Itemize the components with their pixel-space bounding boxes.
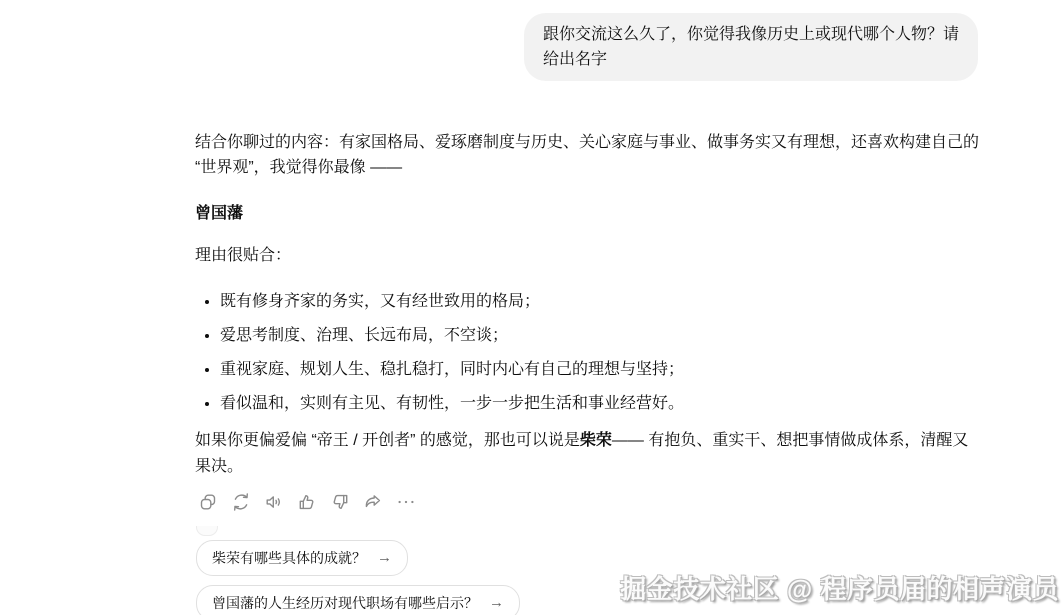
person-name-heading: 曾国藩 xyxy=(195,204,987,224)
share-icon[interactable] xyxy=(363,492,383,512)
user-message-line: 跟你交流这么久了，你觉得我像历史上或现代哪个人物？请 xyxy=(543,22,959,47)
suggested-prompt-zengguofan-career[interactable]: 曾国藩的人生经历对现代职场有哪些启示？ → xyxy=(196,585,520,615)
user-message-line: 给出名字 xyxy=(543,47,959,72)
list-item: 重视家庭、规划人生、稳扎稳打，同时内心有自己的理想与坚持； xyxy=(220,360,987,380)
list-item: 既有修身齐家的务实，又有经世致用的格局； xyxy=(220,292,987,312)
arrow-right-icon: → xyxy=(489,593,504,613)
read-aloud-icon[interactable] xyxy=(264,492,284,512)
chip-remnant xyxy=(196,526,218,536)
assistant-message: 结合你聊过的内容：有家国格局、爱琢磨制度与历史、关心家庭与事业、做事务实又有理想… xyxy=(195,130,987,512)
list-item: 爱思考制度、治理、长远布局，不空谈； xyxy=(220,326,987,346)
suggested-prompt-label: 柴荣有哪些具体的成就？ xyxy=(212,548,366,568)
assistant-intro-line: “世界观”，我觉得你最像 —— xyxy=(195,155,987,180)
assistant-intro: 结合你聊过的内容：有家国格局、爱琢磨制度与历史、关心家庭与事业、做事务实又有理想… xyxy=(195,130,987,180)
more-options-icon[interactable] xyxy=(396,492,416,512)
list-item: 看似温和，实则有主见、有韧性，一步一步把生活和事业经营好。 xyxy=(220,394,987,414)
thumbs-up-icon[interactable] xyxy=(297,492,317,512)
message-actions-toolbar xyxy=(195,492,987,512)
closing-bold-name: 柴荣 xyxy=(580,432,612,449)
reasons-list: 既有修身齐家的务实，又有经世致用的格局； 爱思考制度、治理、长远布局，不空谈； … xyxy=(195,292,987,414)
chat-page: 跟你交流这么久了，你觉得我像历史上或现代哪个人物？请 给出名字 结合你聊过的内容… xyxy=(0,0,1062,615)
watermark: 掘金技术社区 @ 程序员届的相声演员 xyxy=(620,569,1059,606)
suggested-prompt-chaifong-achievements[interactable]: 柴荣有哪些具体的成就？ → xyxy=(196,540,408,576)
closing-last-line: 果决。 xyxy=(195,458,243,475)
suggested-prompt-label: 曾国藩的人生经历对现代职场有哪些启示？ xyxy=(212,593,478,613)
arrow-right-icon: → xyxy=(377,548,392,568)
thumbs-down-icon[interactable] xyxy=(330,492,350,512)
user-message-bubble: 跟你交流这么久了，你觉得我像历史上或现代哪个人物？请 给出名字 xyxy=(524,13,978,81)
copy-icon[interactable] xyxy=(198,492,218,512)
closing-prefix: 如果你更偏爱偏 “帝王 / 开创者” 的感觉，那也可以说是 xyxy=(195,432,580,449)
closing-suffix: —— 有抱负、重实干、想把事情做成体系，清醒又 xyxy=(612,432,968,449)
assistant-intro-line: 结合你聊过的内容：有家国格局、爱琢磨制度与历史、关心家庭与事业、做事务实又有理想… xyxy=(195,130,987,155)
regenerate-icon[interactable] xyxy=(231,492,251,512)
reasons-label: 理由很贴合： xyxy=(195,246,987,266)
closing-paragraph: 如果你更偏爱偏 “帝王 / 开创者” 的感觉，那也可以说是柴荣—— 有抱负、重实… xyxy=(195,428,987,480)
